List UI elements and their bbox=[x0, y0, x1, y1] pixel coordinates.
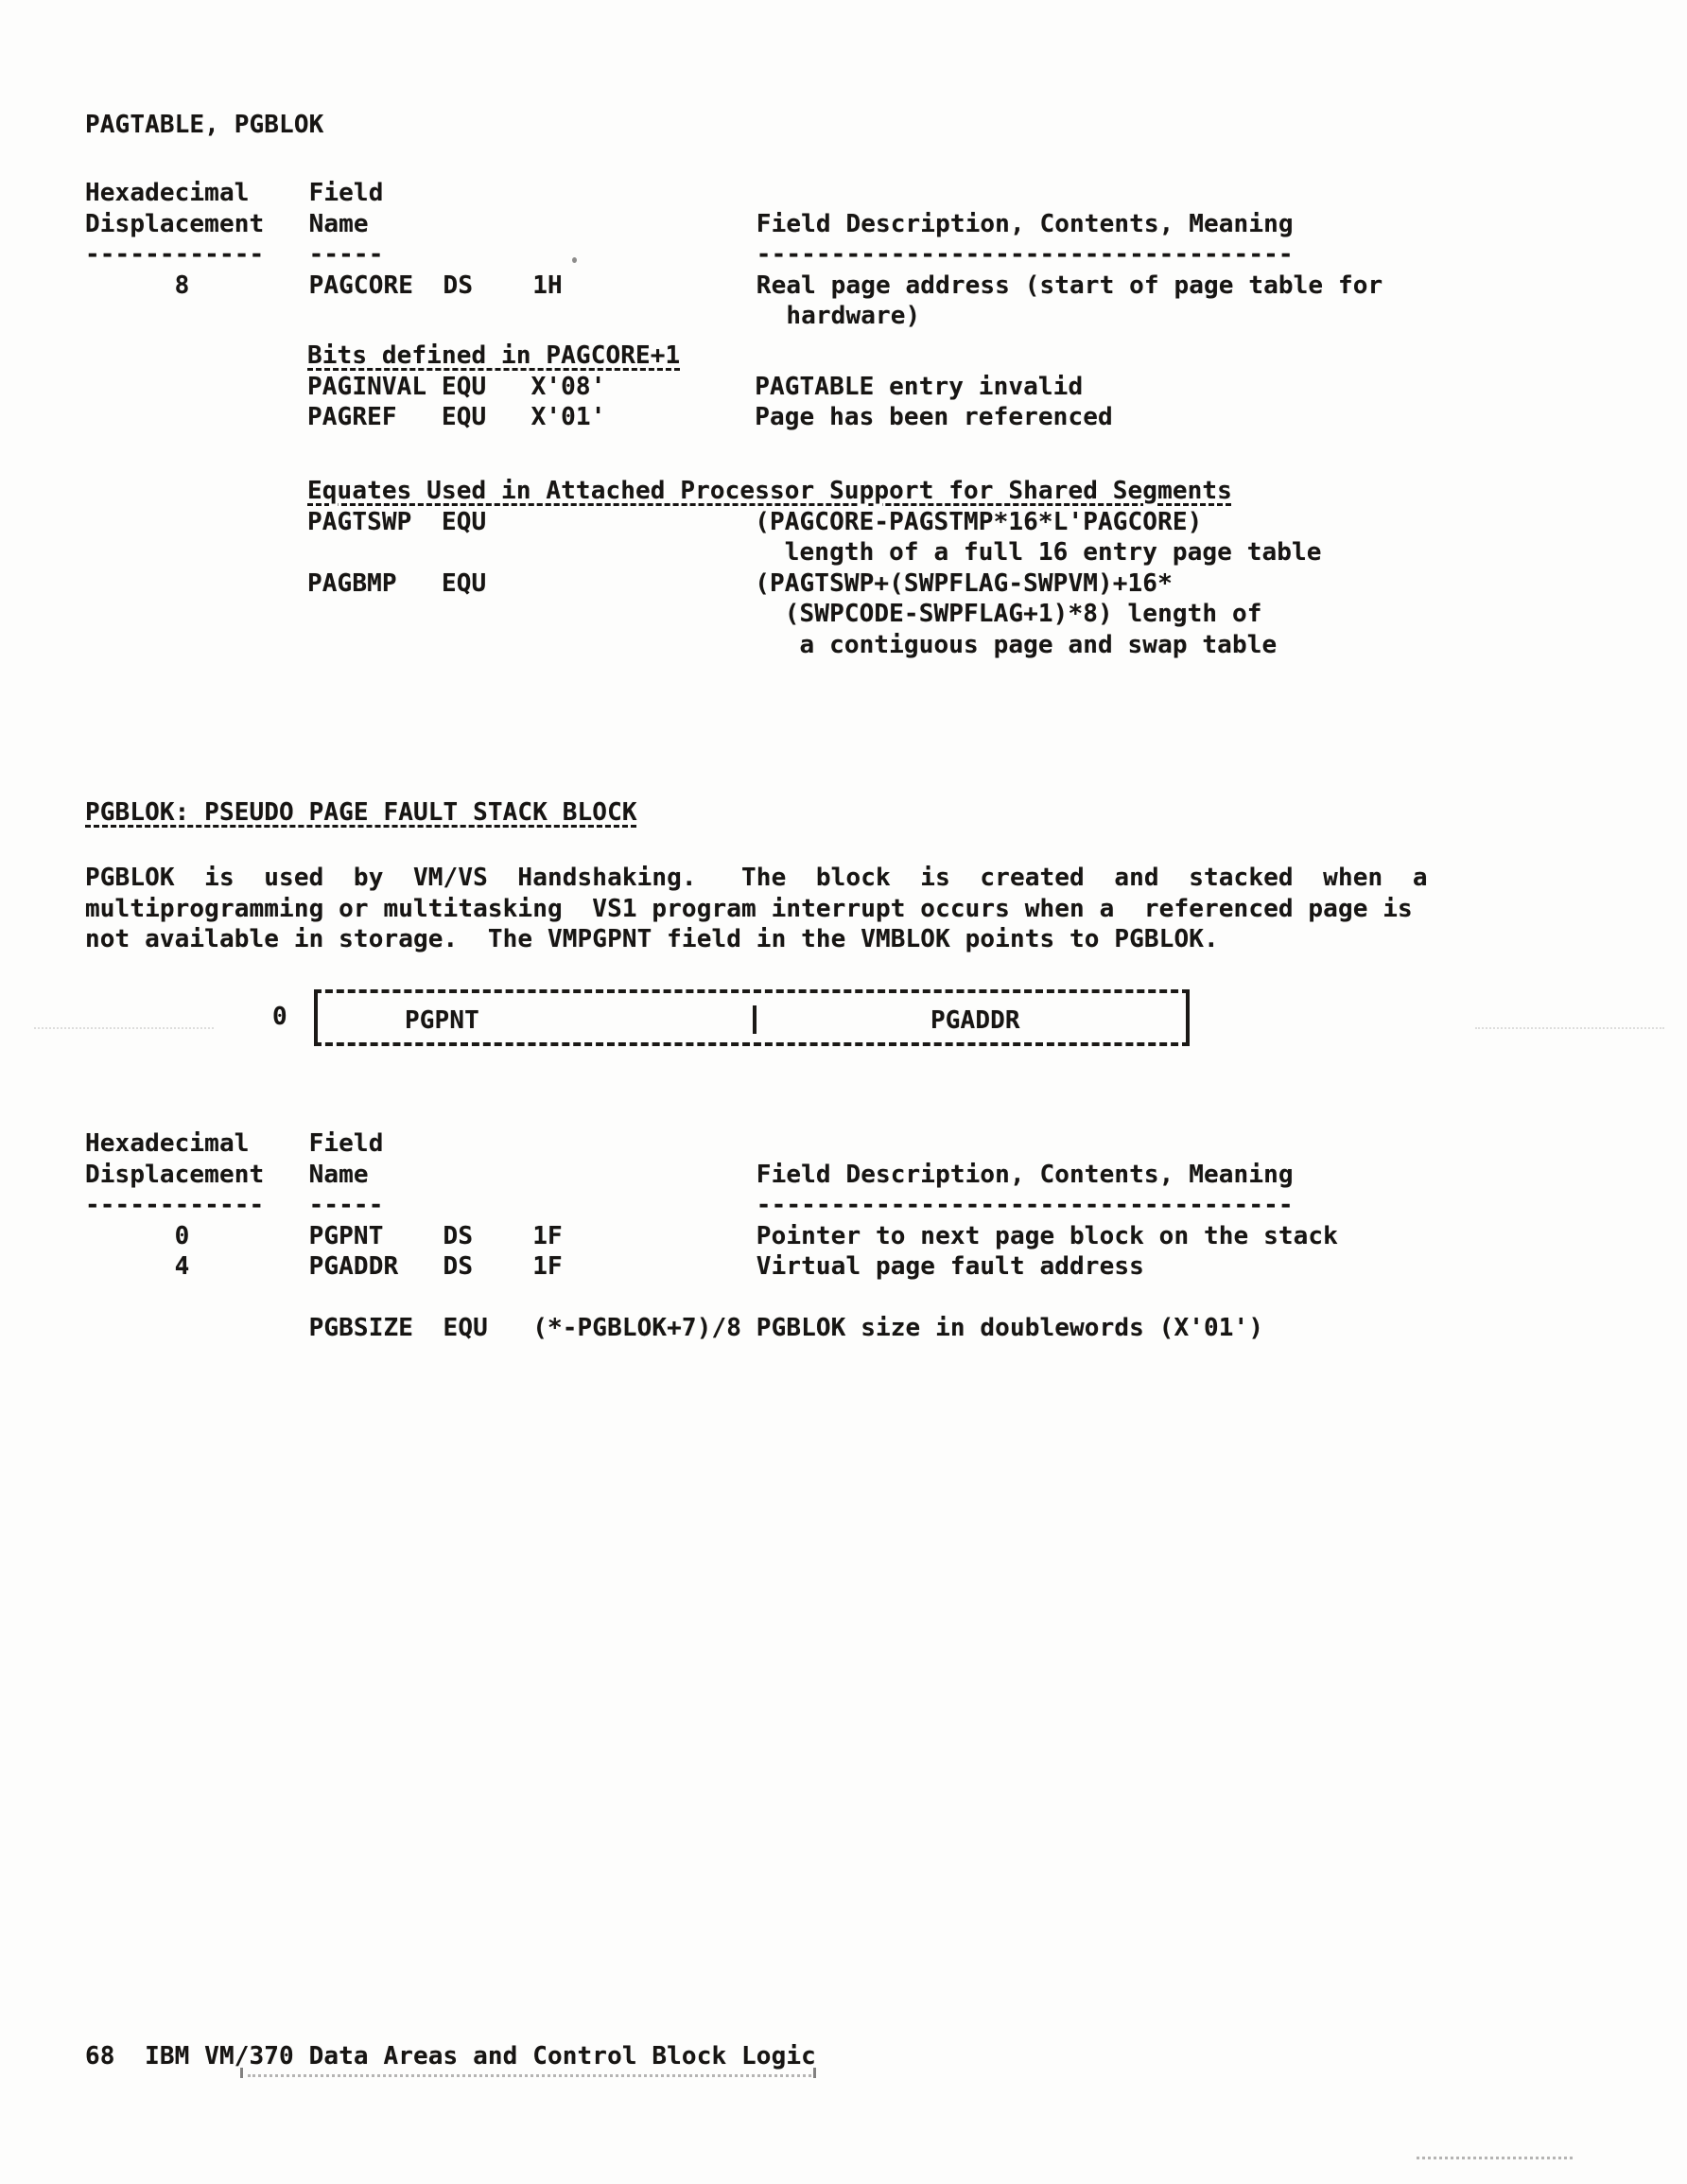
scan-artifact bbox=[1475, 1027, 1664, 1029]
pgblok-structure-diagram: PGPNT PGADDR bbox=[314, 989, 1190, 1046]
page-title: PAGTABLE, PGBLOK bbox=[85, 110, 323, 141]
bits-row: PAGINVAL EQU X'08' PAGTABLE entry invali… bbox=[307, 372, 1083, 403]
table1-row: 8 PAGCORE DS 1H Real page address (start… bbox=[85, 271, 1383, 302]
paragraph-line: multiprogramming or multitasking VS1 pro… bbox=[85, 894, 1413, 925]
table1-row-continuation: hardware) bbox=[85, 301, 920, 332]
diagram-divider bbox=[753, 1005, 757, 1034]
scan-artifact bbox=[248, 2074, 811, 2077]
scan-artifact bbox=[240, 2068, 243, 2078]
scan-artifact bbox=[1417, 2157, 1573, 2159]
table2-header-line: Displacement Name Field Description, Con… bbox=[85, 1160, 1294, 1191]
table2-row: 0 PGPNT DS 1F Pointer to next page block… bbox=[85, 1221, 1338, 1252]
section-heading-bits: Bits defined in PAGCORE+1 bbox=[307, 341, 680, 372]
scan-artifact bbox=[34, 1027, 214, 1029]
table1-header-line: Hexadecimal Field bbox=[85, 178, 383, 209]
equates-row-continuation: (SWPCODE-SWPFLAG+1)*8) length of bbox=[307, 599, 1262, 630]
footer-text: 68 IBM VM/370 Data Areas and Control Blo… bbox=[85, 2041, 816, 2072]
table2-rule-line: ------------ ----- ---------------------… bbox=[85, 1190, 1294, 1221]
manual-page: PAGTABLE, PGBLOK Hexadecimal Field Displ… bbox=[0, 0, 1687, 2184]
table2-row: 4 PGADDR DS 1F Virtual page fault addres… bbox=[85, 1251, 1144, 1283]
table1-header-line: Displacement Name Field Description, Con… bbox=[85, 209, 1294, 240]
section-heading-equates: Equates Used in Attached Processor Suppo… bbox=[307, 476, 1232, 507]
section-heading-pgblok: PGBLOK: PSEUDO PAGE FAULT STACK BLOCK bbox=[85, 797, 637, 829]
equates-row-continuation: a contiguous page and swap table bbox=[307, 630, 1277, 661]
scan-artifact bbox=[813, 2068, 816, 2078]
paragraph-line: PGBLOK is used by VM/VS Handshaking. The… bbox=[85, 863, 1428, 894]
table2-header-line: Hexadecimal Field bbox=[85, 1128, 383, 1160]
paragraph-line: not available in storage. The VMPGPNT fi… bbox=[85, 924, 1219, 955]
table2-row: PGBSIZE EQU (*-PGBLOK+7)/8 PGBLOK size i… bbox=[85, 1313, 1263, 1344]
table1-rule-line: ------------ ----- ---------------------… bbox=[85, 239, 1294, 271]
diagram-field-pgpnt: PGPNT bbox=[405, 1005, 479, 1037]
diagram-field-pgaddr: PGADDR bbox=[930, 1005, 1020, 1037]
equates-row-continuation: length of a full 16 entry page table bbox=[307, 537, 1322, 568]
diagram-displacement-label: 0 bbox=[272, 1002, 287, 1033]
bits-row: PAGREF EQU X'01' Page has been reference… bbox=[307, 402, 1113, 433]
equates-row: PAGTSWP EQU (PAGCORE-PAGSTMP*16*L'PAGCOR… bbox=[307, 507, 1202, 538]
equates-row: PAGBMP EQU (PAGTSWP+(SWPFLAG-SWPVM)+16* bbox=[307, 568, 1173, 600]
scan-artifact bbox=[572, 257, 577, 263]
